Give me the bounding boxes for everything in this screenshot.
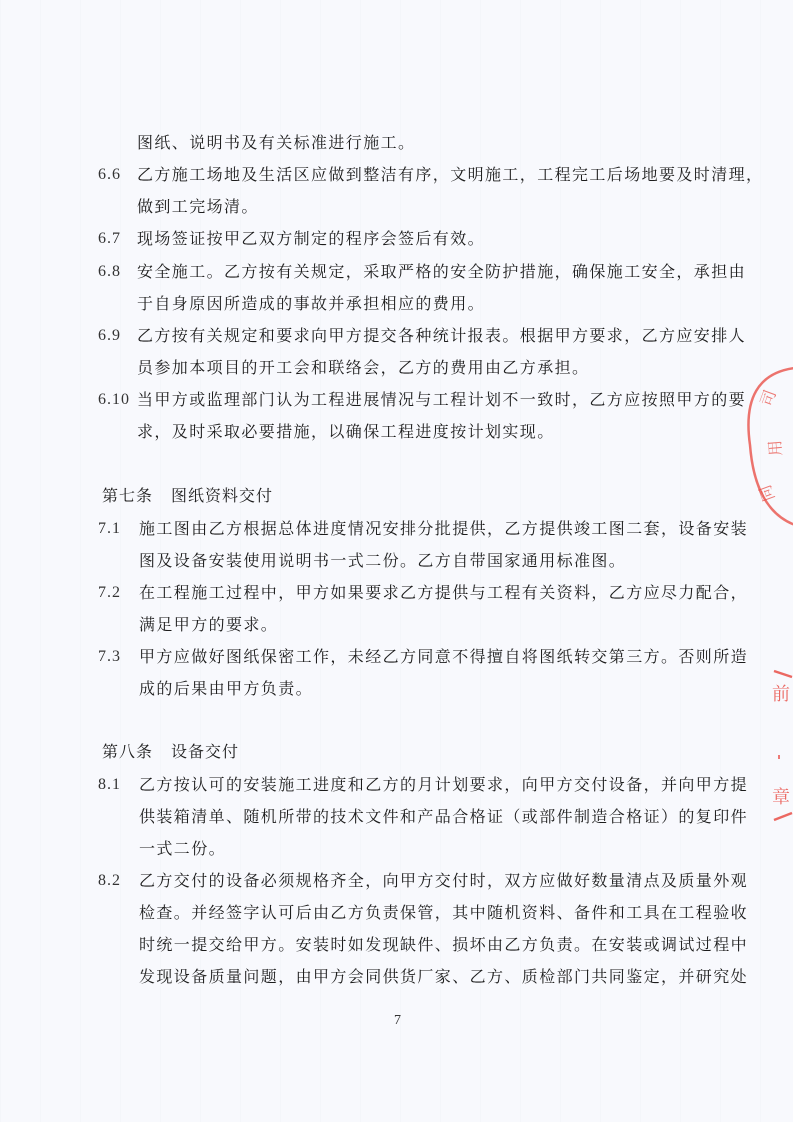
clause-line: 一式二份。 (139, 839, 226, 859)
clause-number: 6.7 (98, 229, 121, 249)
clause-line: 当甲方或监理部门认为工程进展情况与工程计划不一致时，乙方应按照甲方的要 (137, 390, 746, 410)
clause-line: 检查。并经签字认可后由乙方负责保管，其中随机资料、备件和工具在工程验收 (139, 903, 748, 923)
article-title: 设备交付 (171, 742, 239, 761)
clause-line: 员参加本项目的开工会和联络会，乙方的费用由乙方承担。 (137, 358, 589, 378)
clause-number: 8.1 (98, 775, 121, 795)
continuation-line: 图纸、说明书及有关标准进行施工。 (137, 133, 415, 153)
clause-number: 6.6 (98, 165, 121, 185)
clause-line: 安全施工。乙方按有关规定，采取严格的安全防护措施，确保施工安全，承担由 (137, 262, 746, 282)
clause-line: 图及设备安装使用说明书一式二份。乙方自带国家通用标准图。 (139, 551, 626, 571)
clause-line: 时统一提交给甲方。安装时如发现缺件、损坏由乙方负责。在安装或调试过程中 (139, 935, 748, 955)
svg-text:用: 用 (765, 439, 785, 457)
clause-line: 乙方施工场地及生活区应做到整洁有序，文明施工，工程完工后场地要及时清理， (137, 165, 763, 185)
svg-text:章: 章 (772, 787, 790, 808)
article-8-heading: 第八条设备交付 (102, 742, 239, 762)
clause-line: 求，及时采取必要措施，以确保工程进度按计划实现。 (137, 422, 555, 442)
clause-line: 做到工完场清。 (137, 197, 259, 217)
clause-line: 乙方按认可的安装施工进度和乙方的月计划要求，向甲方交付设备，并向甲方提 (139, 775, 748, 795)
company-seal-stamp-upper: 司 用 同 (740, 360, 793, 530)
company-seal-stamp-lower: 前 章 (770, 665, 793, 825)
page-number: 7 (394, 1013, 401, 1029)
clause-line: 于自身原因所造成的事故并承担相应的费用。 (137, 294, 485, 314)
svg-text:前: 前 (772, 684, 790, 705)
clause-number: 7.1 (98, 519, 121, 539)
clause-line: 在工程施工过程中，甲方如果要求乙方提供与工程有关资料，乙方应尽力配合， (139, 583, 748, 603)
article-label: 第七条 (102, 486, 153, 505)
clause-line: 成的后果由甲方负责。 (139, 679, 313, 699)
clause-number: 7.3 (98, 647, 121, 667)
document-page: 图纸、说明书及有关标准进行施工。 6.6 乙方施工场地及生活区应做到整洁有序，文… (0, 0, 793, 1122)
clause-number: 6.10 (98, 390, 130, 410)
clause-line: 乙方交付的设备必须规格齐全，向甲方交付时，双方应做好数量清点及质量外观 (139, 871, 748, 891)
clause-number: 8.2 (98, 871, 121, 891)
clause-line: 满足甲方的要求。 (139, 615, 278, 635)
clause-line: 供装箱清单、随机所带的技术文件和产品合格证（或部件制造合格证）的复印件 (139, 807, 748, 827)
clause-number: 6.9 (98, 326, 121, 346)
clause-line: 乙方按有关规定和要求向甲方提交各种统计报表。根据甲方要求，乙方应安排人 (137, 326, 746, 346)
clause-line: 甲方应做好图纸保密工作，未经乙方同意不得擅自将图纸转交第三方。否则所造 (139, 647, 748, 667)
clause-line: 施工图由乙方根据总体进度情况安排分批提供，乙方提供竣工图二套，设备安装 (139, 519, 748, 539)
clause-number: 7.2 (98, 583, 121, 603)
article-7-heading: 第七条图纸资料交付 (102, 486, 273, 506)
svg-text:司: 司 (757, 387, 780, 409)
svg-text:同: 同 (755, 483, 778, 505)
clause-number: 6.8 (98, 262, 121, 282)
clause-line: 现场签证按甲乙双方制定的程序会签后有效。 (137, 229, 485, 249)
clause-line: 发现设备质量问题，由甲方会同供货厂家、乙方、质检部门共同鉴定，并研究处 (139, 967, 748, 987)
article-label: 第八条 (102, 742, 153, 761)
article-title: 图纸资料交付 (171, 486, 273, 505)
